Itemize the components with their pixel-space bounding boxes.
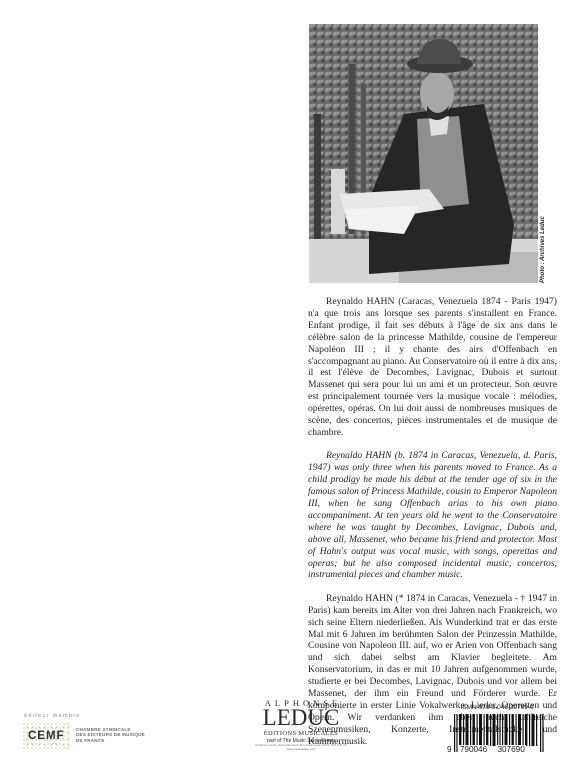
cemf-full-name: CHAMBRE SYNDICALE DES EDITEURS DE MUSIQU… <box>76 727 156 743</box>
barcode-digits-left: 790046 <box>459 745 488 754</box>
publisher-editions: ÉDITIONS MUSICALES <box>246 730 356 737</box>
cemf-member-logo: éditeur membre CEMF CHAMBRE SYNDICALE DE… <box>22 713 182 763</box>
cemf-name-line3: DE FRANCE <box>76 738 156 743</box>
photo-image <box>309 24 538 283</box>
biography-french: Reynaldo HAHN (Caracas, Venezuela 1874 -… <box>308 296 557 439</box>
publisher-website: www.musicsales.com <box>246 747 356 751</box>
publisher-logo: ALPHONSE LEDUC ÉDITIONS MUSICALES part o… <box>246 698 356 751</box>
biography-text: Reynaldo HAHN (Caracas, Venezuela 1874 -… <box>308 296 557 759</box>
biography-english: Reynaldo HAHN (b. 1874 in Caracas, Venez… <box>308 450 557 581</box>
publisher-logo-main: LEDUC <box>246 708 356 728</box>
photo-credit: Photo : Archives Leduc <box>540 216 546 283</box>
barcode-digits: 9 790046 307690 <box>446 745 526 754</box>
ismn-number: ISMN-979-0-046-30769-0 <box>446 704 548 711</box>
cemf-tag: éditeur membre <box>24 713 81 719</box>
composer-photo <box>309 24 538 283</box>
barcode-digit-first: 9 <box>446 745 453 754</box>
cemf-logo-text: CEMF <box>28 730 65 742</box>
barcode-digits-right: 307690 <box>496 745 525 754</box>
barcode: ISMN-979-0-046-30769-0 <box>446 704 548 759</box>
